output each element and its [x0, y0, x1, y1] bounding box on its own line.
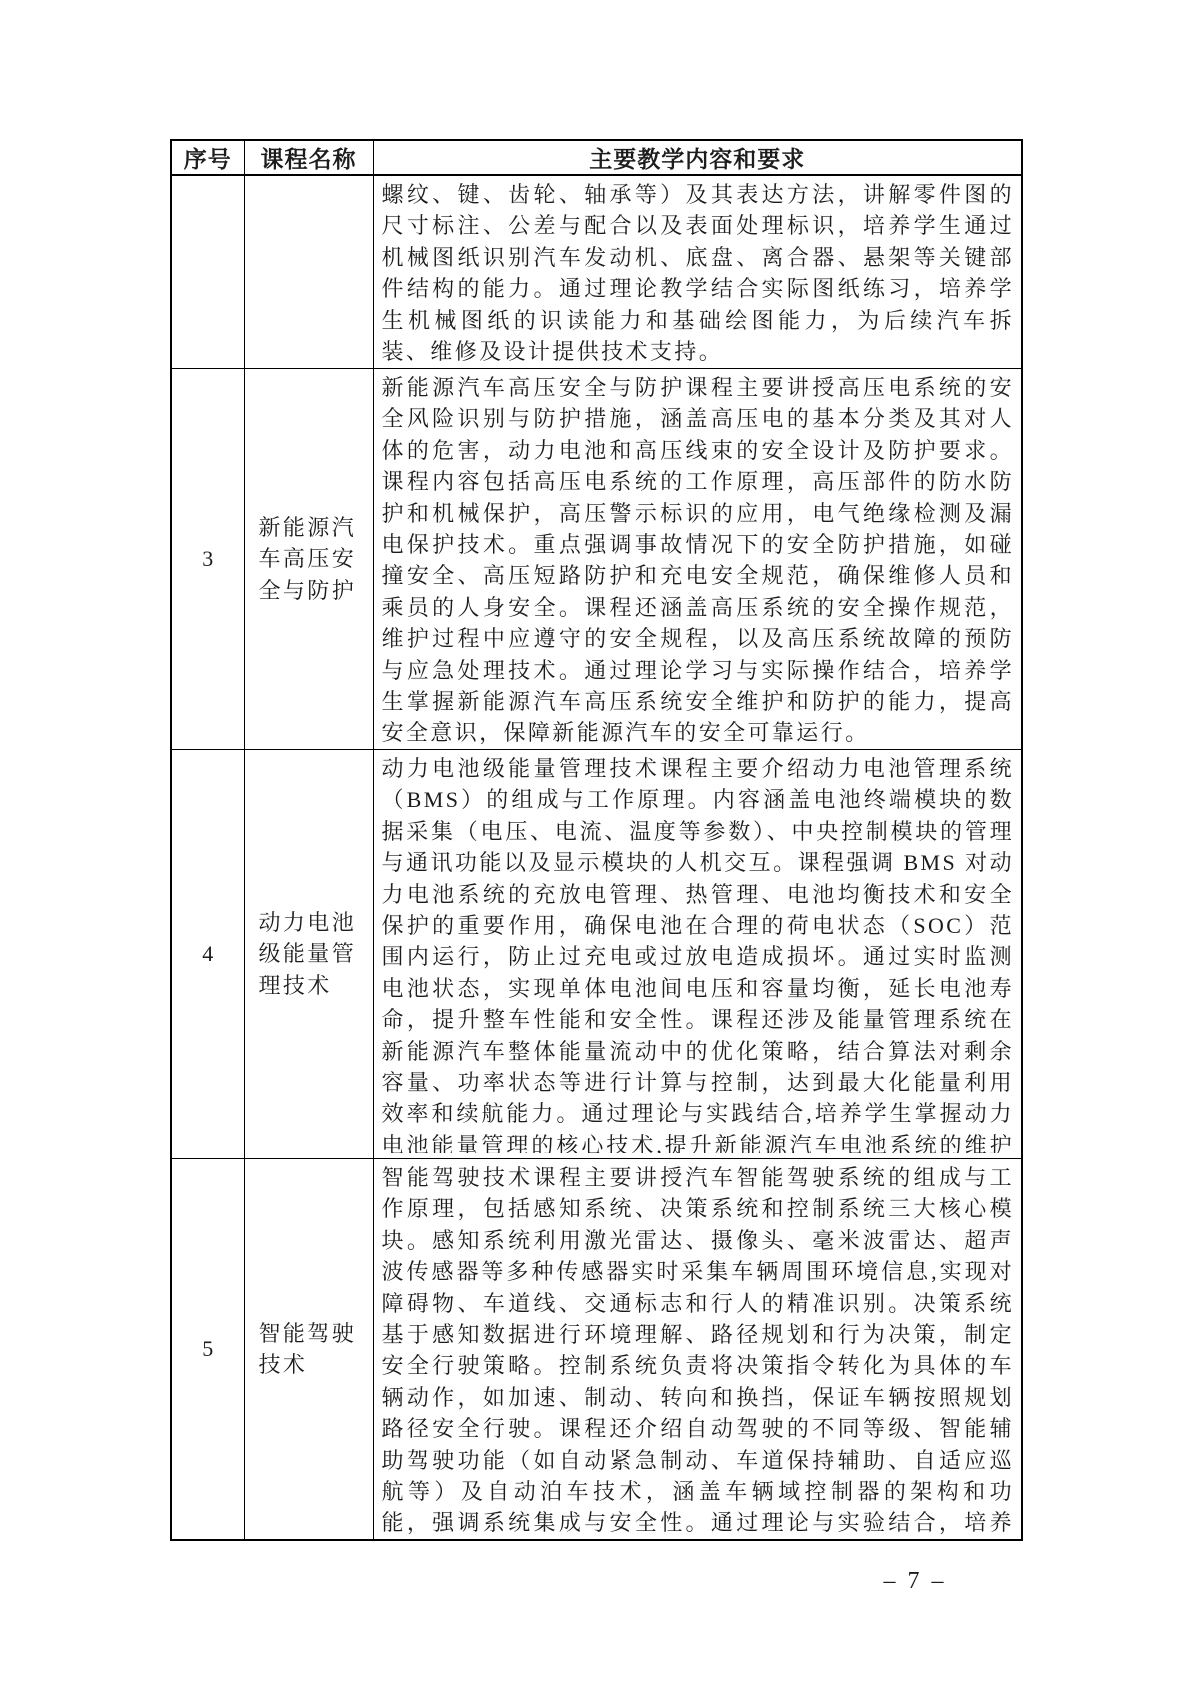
course-name: 智能驾驶技术	[244, 1159, 373, 1541]
course-content-text: 智能驾驶技术课程主要讲授汽车智能驾驶系统的组成与工作原理，包括感知系统、决策系统…	[382, 1162, 1015, 1534]
course-content-text: 螺纹、键、齿轮、轴承等）及其表达方法，讲解零件图的尺寸标注、公差与配合以及表面处…	[382, 179, 1015, 363]
course-content-cell: 动力电池级能量管理技术课程主要介绍动力电池管理系统（BMS）的组成与工作原理。内…	[373, 750, 1022, 1159]
course-name: 新能源汽车高压安全与防护	[244, 369, 373, 750]
table-row: 3 新能源汽车高压安全与防护 新能源汽车高压安全与防护课程主要讲授高压电系统的安…	[171, 369, 1022, 750]
course-content-text: 动力电池级能量管理技术课程主要介绍动力电池管理系统（BMS）的组成与工作原理。内…	[382, 753, 1015, 1153]
row-number: 4	[171, 750, 244, 1159]
document-page: 序号 课程名称 主要教学内容和要求 螺纹、键、齿轮、轴承等）及其表达方法，讲解零…	[0, 0, 1191, 1684]
course-content-cell: 螺纹、键、齿轮、轴承等）及其表达方法，讲解零件图的尺寸标注、公差与配合以及表面处…	[373, 175, 1022, 369]
row-number: 3	[171, 369, 244, 750]
course-content-text: 新能源汽车高压安全与防护课程主要讲授高压电系统的安全风险识别与防护措施，涵盖高压…	[382, 372, 1015, 744]
col-header-content: 主要教学内容和要求	[373, 140, 1022, 175]
course-content-cell: 智能驾驶技术课程主要讲授汽车智能驾驶系统的组成与工作原理，包括感知系统、决策系统…	[373, 1159, 1022, 1541]
course-name: 动力电池级能量管理技术	[244, 750, 373, 1159]
row-number: 5	[171, 1159, 244, 1541]
col-header-number: 序号	[171, 140, 244, 175]
col-header-course-name: 课程名称	[244, 140, 373, 175]
course-name	[244, 175, 373, 369]
course-content-cell: 新能源汽车高压安全与防护课程主要讲授高压电系统的安全风险识别与防护措施，涵盖高压…	[373, 369, 1022, 750]
table-row: 4 动力电池级能量管理技术 动力电池级能量管理技术课程主要介绍动力电池管理系统（…	[171, 750, 1022, 1159]
course-table: 序号 课程名称 主要教学内容和要求 螺纹、键、齿轮、轴承等）及其表达方法，讲解零…	[170, 139, 1023, 1541]
row-number	[171, 175, 244, 369]
table-header-row: 序号 课程名称 主要教学内容和要求	[171, 140, 1022, 175]
table-row: 螺纹、键、齿轮、轴承等）及其表达方法，讲解零件图的尺寸标注、公差与配合以及表面处…	[171, 175, 1022, 369]
table-row: 5 智能驾驶技术 智能驾驶技术课程主要讲授汽车智能驾驶系统的组成与工作原理，包括…	[171, 1159, 1022, 1541]
page-number: – 7 –	[860, 1568, 970, 1595]
